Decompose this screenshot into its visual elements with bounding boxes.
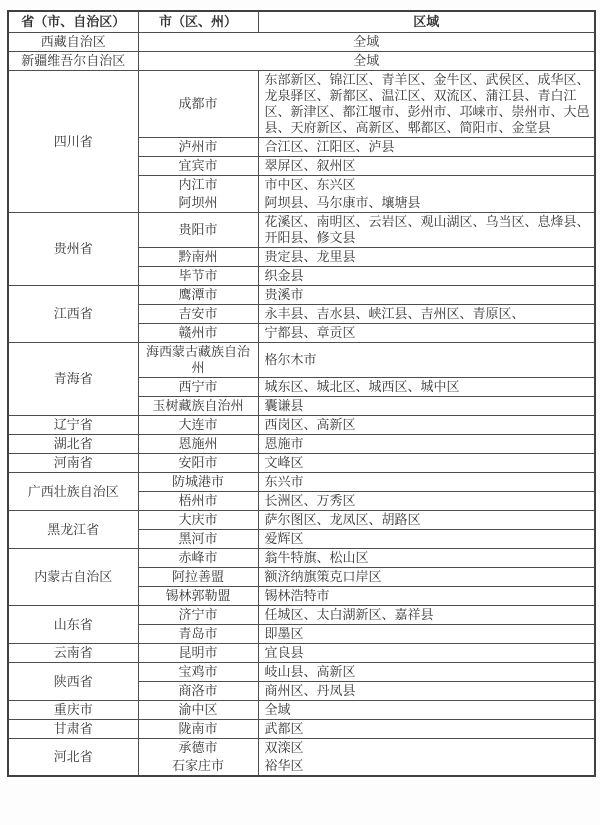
region-cell: 全域 bbox=[258, 701, 595, 720]
region-cell: 裕华区 bbox=[258, 757, 595, 776]
city-cell: 青岛市 bbox=[138, 625, 258, 644]
city-cell: 玉树藏族自治州 bbox=[138, 397, 258, 416]
region-cell: 城东区、城北区、城西区、城中区 bbox=[258, 378, 595, 397]
region-cell: 囊谦县 bbox=[258, 397, 595, 416]
table-row: 贵州省贵阳市花溪区、南明区、云岩区、观山湖区、乌当区、息烽县、开阳县、修文县 bbox=[8, 213, 595, 248]
province-cell: 青海省 bbox=[8, 343, 138, 416]
city-cell: 商洛市 bbox=[138, 682, 258, 701]
city-cell: 大庆市 bbox=[138, 511, 258, 530]
table-row: 广西壮族自治区防城港市东兴市 bbox=[8, 473, 595, 492]
region-cell: 即墨区 bbox=[258, 625, 595, 644]
table-row: 重庆市渝中区全域 bbox=[8, 701, 595, 720]
full-region-cell: 全域 bbox=[138, 52, 595, 71]
city-cell: 防城港市 bbox=[138, 473, 258, 492]
table-row: 新疆维吾尔自治区全域 bbox=[8, 52, 595, 71]
city-cell: 安阳市 bbox=[138, 454, 258, 473]
table-row: 江西省鹰潭市贵溪市 bbox=[8, 286, 595, 305]
province-cell: 新疆维吾尔自治区 bbox=[8, 52, 138, 71]
table-row: 四川省成都市东部新区、锦江区、青羊区、金牛区、武侯区、成华区、龙泉驿区、新都区、… bbox=[8, 71, 595, 138]
region-cell: 阿坝县、马尔康市、壤塘县 bbox=[258, 194, 595, 213]
region-cell: 格尔木市 bbox=[258, 343, 595, 378]
city-cell: 西宁市 bbox=[138, 378, 258, 397]
city-cell: 阿坝州 bbox=[138, 194, 258, 213]
city-cell: 宜宾市 bbox=[138, 157, 258, 176]
region-cell: 任城区、太白湖新区、嘉祥县 bbox=[258, 606, 595, 625]
city-cell: 成都市 bbox=[138, 71, 258, 138]
city-cell: 泸州市 bbox=[138, 138, 258, 157]
region-cell: 花溪区、南明区、云岩区、观山湖区、乌当区、息烽县、开阳县、修文县 bbox=[258, 213, 595, 248]
city-cell: 梧州市 bbox=[138, 492, 258, 511]
city-cell: 昆明市 bbox=[138, 644, 258, 663]
city-cell: 吉安市 bbox=[138, 305, 258, 324]
province-cell: 四川省 bbox=[8, 71, 138, 213]
province-cell: 甘肃省 bbox=[8, 720, 138, 739]
region-cell: 岐山县、高新区 bbox=[258, 663, 595, 682]
city-cell: 承德市 bbox=[138, 739, 258, 758]
city-cell: 陇南市 bbox=[138, 720, 258, 739]
header-province: 省（市、自治区） bbox=[8, 11, 138, 33]
table-row: 内蒙古自治区赤峰市翁牛特旗、松山区 bbox=[8, 549, 595, 568]
province-cell: 重庆市 bbox=[8, 701, 138, 720]
region-cell: 东兴市 bbox=[258, 473, 595, 492]
region-cell: 恩施市 bbox=[258, 435, 595, 454]
header-region: 区域 bbox=[258, 11, 595, 33]
table-row: 山东省济宁市任城区、太白湖新区、嘉祥县 bbox=[8, 606, 595, 625]
table-row: 陕西省宝鸡市岐山县、高新区 bbox=[8, 663, 595, 682]
full-region-cell: 全域 bbox=[138, 33, 595, 52]
city-cell: 贵阳市 bbox=[138, 213, 258, 248]
city-cell: 赣州市 bbox=[138, 324, 258, 343]
region-cell: 西岗区、高新区 bbox=[258, 416, 595, 435]
province-cell: 云南省 bbox=[8, 644, 138, 663]
province-cell: 河北省 bbox=[8, 739, 138, 777]
province-cell: 辽宁省 bbox=[8, 416, 138, 435]
table-header: 省（市、自治区） 市（区、州） 区域 bbox=[8, 11, 595, 33]
table-body: 西藏自治区全域新疆维吾尔自治区全域四川省成都市东部新区、锦江区、青羊区、金牛区、… bbox=[8, 33, 595, 777]
region-cell: 长洲区、万秀区 bbox=[258, 492, 595, 511]
table-row: 甘肃省陇南市武都区 bbox=[8, 720, 595, 739]
region-cell: 锡林浩特市 bbox=[258, 587, 595, 606]
region-cell: 宁都县、章贡区 bbox=[258, 324, 595, 343]
province-cell: 黑龙江省 bbox=[8, 511, 138, 549]
region-cell: 双滦区 bbox=[258, 739, 595, 758]
province-cell: 西藏自治区 bbox=[8, 33, 138, 52]
city-cell: 锡林郭勒盟 bbox=[138, 587, 258, 606]
table-row: 青海省海西蒙古藏族自治州格尔木市 bbox=[8, 343, 595, 378]
city-cell: 恩施州 bbox=[138, 435, 258, 454]
region-cell: 武都区 bbox=[258, 720, 595, 739]
province-cell: 江西省 bbox=[8, 286, 138, 343]
region-cell: 贵溪市 bbox=[258, 286, 595, 305]
city-cell: 赤峰市 bbox=[138, 549, 258, 568]
region-cell: 爱辉区 bbox=[258, 530, 595, 549]
table-row: 西藏自治区全域 bbox=[8, 33, 595, 52]
province-cell: 广西壮族自治区 bbox=[8, 473, 138, 511]
region-cell: 额济纳旗策克口岸区 bbox=[258, 568, 595, 587]
province-cell: 湖北省 bbox=[8, 435, 138, 454]
city-cell: 内江市 bbox=[138, 176, 258, 195]
city-cell: 渝中区 bbox=[138, 701, 258, 720]
region-cell: 东部新区、锦江区、青羊区、金牛区、武侯区、成华区、龙泉驿区、新都区、温江区、双流… bbox=[258, 71, 595, 138]
region-cell: 贵定县、龙里县 bbox=[258, 248, 595, 267]
province-cell: 河南省 bbox=[8, 454, 138, 473]
province-cell: 贵州省 bbox=[8, 213, 138, 286]
city-cell: 黔南州 bbox=[138, 248, 258, 267]
city-cell: 黑河市 bbox=[138, 530, 258, 549]
region-cell: 文峰区 bbox=[258, 454, 595, 473]
city-cell: 济宁市 bbox=[138, 606, 258, 625]
region-cell: 宜良县 bbox=[258, 644, 595, 663]
city-cell: 宝鸡市 bbox=[138, 663, 258, 682]
region-cell: 翠屏区、叙州区 bbox=[258, 157, 595, 176]
city-cell: 毕节市 bbox=[138, 267, 258, 286]
region-cell: 商州区、丹凤县 bbox=[258, 682, 595, 701]
region-cell: 萨尔图区、龙凤区、胡路区 bbox=[258, 511, 595, 530]
region-cell: 翁牛特旗、松山区 bbox=[258, 549, 595, 568]
province-cell: 内蒙古自治区 bbox=[8, 549, 138, 606]
table-row: 黑龙江省大庆市萨尔图区、龙凤区、胡路区 bbox=[8, 511, 595, 530]
city-cell: 石家庄市 bbox=[138, 757, 258, 776]
table-row: 辽宁省大连市西岗区、高新区 bbox=[8, 416, 595, 435]
city-cell: 阿拉善盟 bbox=[138, 568, 258, 587]
region-cell: 市中区、东兴区 bbox=[258, 176, 595, 195]
city-cell: 鹰潭市 bbox=[138, 286, 258, 305]
table-row: 河北省承德市双滦区 bbox=[8, 739, 595, 758]
region-cell: 永丰县、吉水县、峡江县、吉州区、青原区、 bbox=[258, 305, 595, 324]
table-row: 河南省安阳市文峰区 bbox=[8, 454, 595, 473]
region-table: 省（市、自治区） 市（区、州） 区域 西藏自治区全域新疆维吾尔自治区全域四川省成… bbox=[7, 10, 596, 777]
table-row: 云南省昆明市宜良县 bbox=[8, 644, 595, 663]
table-row: 湖北省恩施州恩施市 bbox=[8, 435, 595, 454]
header-row: 省（市、自治区） 市（区、州） 区域 bbox=[8, 11, 595, 33]
header-city: 市（区、州） bbox=[138, 11, 258, 33]
province-cell: 山东省 bbox=[8, 606, 138, 644]
city-cell: 大连市 bbox=[138, 416, 258, 435]
region-cell: 合江区、江阳区、泸县 bbox=[258, 138, 595, 157]
city-cell: 海西蒙古藏族自治州 bbox=[138, 343, 258, 378]
province-cell: 陕西省 bbox=[8, 663, 138, 701]
page: 省（市、自治区） 市（区、州） 区域 西藏自治区全域新疆维吾尔自治区全域四川省成… bbox=[0, 0, 600, 777]
region-cell: 织金县 bbox=[258, 267, 595, 286]
